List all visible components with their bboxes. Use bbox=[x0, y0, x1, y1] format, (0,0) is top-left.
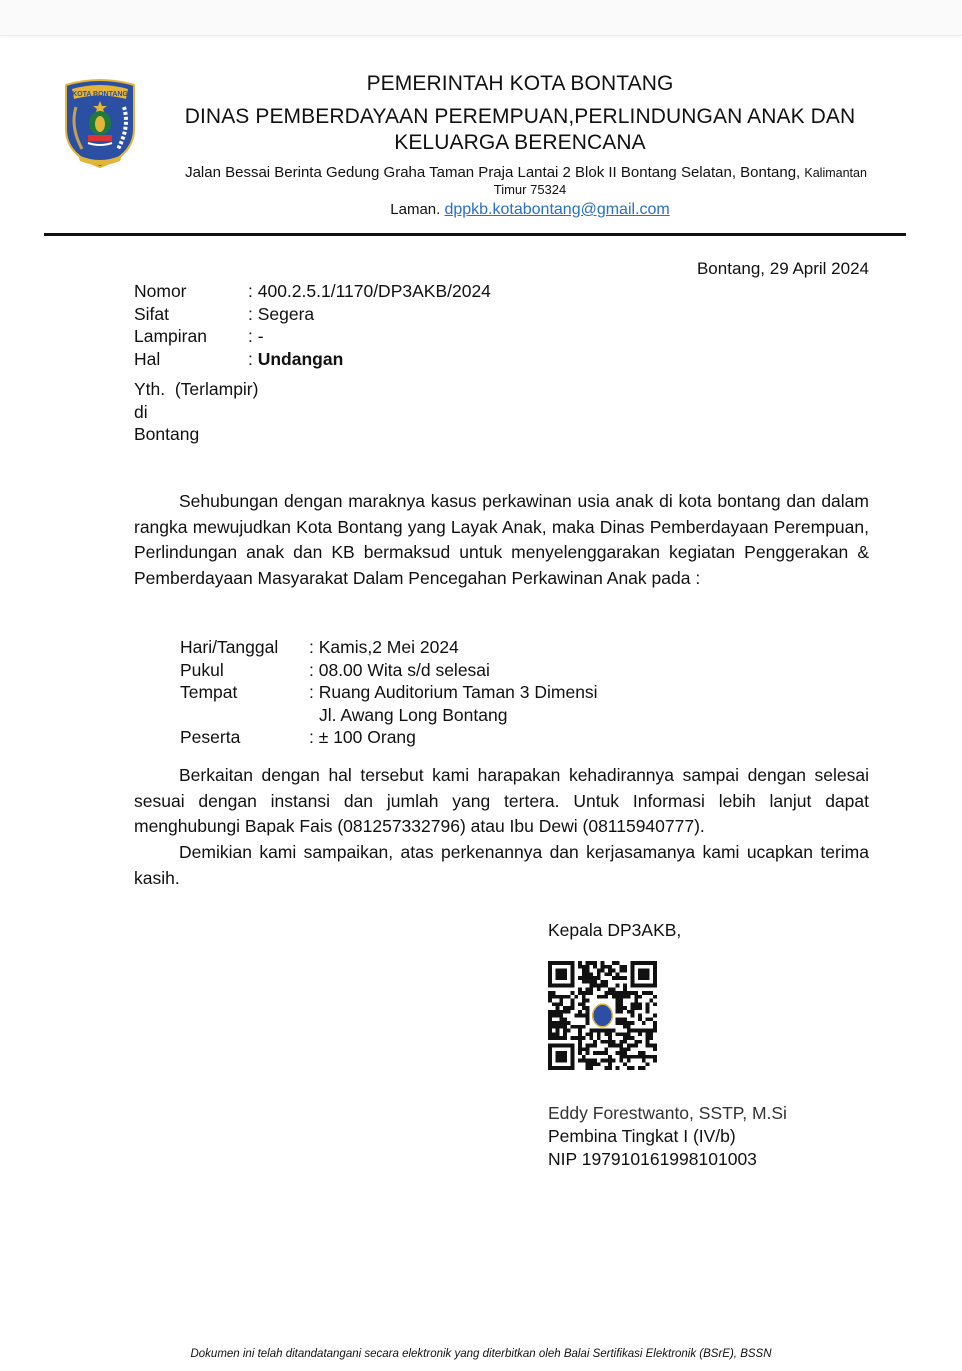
meta-label: Nomor bbox=[134, 280, 248, 303]
detail-label: Peserta bbox=[180, 726, 309, 749]
place-date: Bontang, 29 April 2024 bbox=[697, 259, 869, 279]
signatory-position: Kepala DP3AKB, bbox=[548, 919, 681, 942]
meta-row-hal: Hal : Undangan bbox=[134, 348, 491, 371]
detail-value-place-line2: Jl. Awang Long Bontang bbox=[180, 704, 598, 727]
detail-row-place: Tempat : Ruang Auditorium Taman 3 Dimens… bbox=[180, 681, 598, 704]
detail-value: : Kamis,2 Mei 2024 bbox=[309, 636, 459, 659]
letterhead-divider bbox=[44, 233, 906, 236]
website-email-link[interactable]: dppkb.kotabontang@gmail.com bbox=[444, 201, 669, 218]
paragraph-text: Sehubungan dengan maraknya kasus perkawi… bbox=[134, 491, 869, 588]
paragraph-text: Berkaitan dengan hal tersebut kami harap… bbox=[134, 765, 869, 836]
meta-value: : Segera bbox=[248, 303, 314, 326]
meta-value: : - bbox=[248, 325, 264, 348]
meta-row-lampiran: Lampiran : - bbox=[134, 325, 491, 348]
detail-label: Hari/Tanggal bbox=[180, 636, 309, 659]
detail-label: Tempat bbox=[180, 681, 309, 704]
detail-row-date: Hari/Tanggal : Kamis,2 Mei 2024 bbox=[180, 636, 598, 659]
recipient-block: Yth. (Terlampir) di Bontang bbox=[134, 378, 258, 446]
detail-value: : 08.00 Wita s/d selesai bbox=[309, 659, 490, 682]
viewer-top-bar bbox=[0, 0, 962, 36]
agency-name-line1: DINAS PEMBERDAYAAN PEREMPUAN,PERLINDUNGA… bbox=[140, 105, 900, 129]
signatory-name: Eddy Forestwanto, SSTP, M.Si bbox=[548, 1102, 787, 1125]
paragraph-text: Demikian kami sampaikan, atas perkenanny… bbox=[134, 842, 869, 888]
letterhead-title: PEMERINTAH KOTA BONTANG bbox=[140, 72, 900, 96]
meta-value-prefix: : bbox=[248, 348, 258, 371]
body-paragraph-3: Demikian kami sampaikan, atas perkenanny… bbox=[134, 840, 869, 891]
recipient-line1: Yth. (Terlampir) bbox=[134, 378, 258, 401]
detail-row-participants: Peserta : ± 100 Orang bbox=[180, 726, 598, 749]
letter-meta: Nomor : 400.2.5.1/1170/DP3AKB/2024 Sifat… bbox=[134, 280, 491, 370]
meta-value-subject: Undangan bbox=[258, 348, 344, 371]
signatory-nip: NIP 197910161998101003 bbox=[548, 1148, 757, 1171]
address-small: Kalimantan bbox=[804, 166, 867, 180]
detail-row-time: Pukul : 08.00 Wita s/d selesai bbox=[180, 659, 598, 682]
recipient-line2: di bbox=[134, 401, 258, 424]
meta-label: Sifat bbox=[134, 303, 248, 326]
qr-code-signature-icon bbox=[548, 961, 657, 1070]
detail-label: Pukul bbox=[180, 659, 309, 682]
address-main: Jalan Bessai Berinta Gedung Graha Taman … bbox=[185, 164, 804, 181]
kota-bontang-emblem-icon: KOTA BONTANG bbox=[60, 77, 140, 169]
website-line: Laman. dppkb.kotabontang@gmail.com bbox=[150, 201, 910, 219]
detail-value: : Ruang Auditorium Taman 3 Dimensi bbox=[309, 681, 598, 704]
meta-value: : 400.2.5.1/1170/DP3AKB/2024 bbox=[248, 280, 491, 303]
recipient-line3: Bontang bbox=[134, 423, 258, 446]
agency-name-line2: KELUARGA BERENCANA bbox=[140, 131, 900, 155]
address-line1: Jalan Bessai Berinta Gedung Graha Taman … bbox=[152, 164, 900, 181]
meta-label: Lampiran bbox=[134, 325, 248, 348]
website-label: Laman. bbox=[390, 201, 444, 218]
meta-row-sifat: Sifat : Segera bbox=[134, 303, 491, 326]
svg-text:KOTA BONTANG: KOTA BONTANG bbox=[72, 91, 128, 98]
electronic-signature-note: Dokumen ini telah ditandatangani secara … bbox=[0, 1348, 962, 1360]
body-paragraph-1: Sehubungan dengan maraknya kasus perkawi… bbox=[134, 489, 869, 592]
signatory-rank: Pembina Tingkat I (IV/b) bbox=[548, 1125, 736, 1148]
body-paragraph-2: Berkaitan dengan hal tersebut kami harap… bbox=[134, 763, 869, 840]
address-line2: Timur 75324 bbox=[150, 182, 910, 197]
event-details: Hari/Tanggal : Kamis,2 Mei 2024 Pukul : … bbox=[180, 636, 598, 749]
meta-row-nomor: Nomor : 400.2.5.1/1170/DP3AKB/2024 bbox=[134, 280, 491, 303]
meta-label: Hal bbox=[134, 348, 248, 371]
detail-value: : ± 100 Orang bbox=[309, 726, 416, 749]
